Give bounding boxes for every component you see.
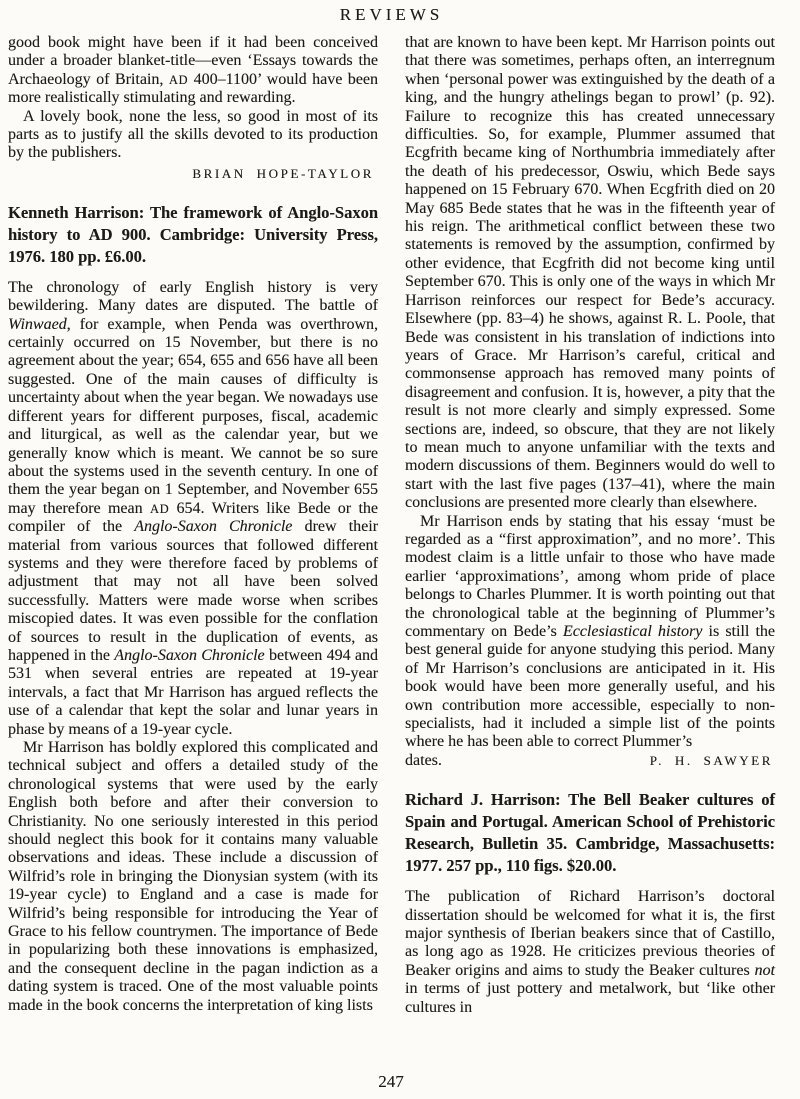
review-paragraph: The publication of Richard Harrison’s do… <box>405 888 775 1017</box>
running-head-title: REVIEWS <box>8 5 775 25</box>
page-number: 247 <box>0 1072 782 1092</box>
italic-text: not <box>755 962 775 979</box>
reviewer-byline: BRIAN HOPE-TAYLOR <box>8 165 374 183</box>
journal-page: REVIEWS good book might have been if it … <box>0 0 800 1017</box>
paragraph-end-text: dates. <box>405 752 442 770</box>
two-column-layout: good book might have been if it had been… <box>8 34 775 1017</box>
left-column: good book might have been if it had been… <box>8 34 378 1017</box>
signature-line: dates.P. H. SAWYER <box>405 752 775 770</box>
right-column: that are known to have been kept. Mr Har… <box>405 34 775 1017</box>
review-paragraph: Mr Harrison has boldly explored this com… <box>8 739 378 1015</box>
review-paragraph: A lovely book, none the less, so good in… <box>8 108 378 163</box>
review-heading: Kenneth Harrison: The framework of Anglo… <box>8 202 378 268</box>
italic-text: Winwaed <box>8 316 67 333</box>
italic-text: Anglo-Saxon Chronicle <box>134 518 292 535</box>
italic-text: Ecclesiastical history <box>563 623 702 640</box>
review-paragraph: that are known to have been kept. Mr Har… <box>405 34 775 513</box>
review-paragraph: good book might have been if it had been… <box>8 34 378 108</box>
review-paragraph: Mr Harrison ends by stating that his ess… <box>405 513 775 752</box>
reviewer-byline: P. H. SAWYER <box>650 752 775 770</box>
italic-text: Anglo-Saxon Chronicle <box>114 647 264 664</box>
smallcaps-text: AD <box>169 73 188 87</box>
review-heading: Richard J. Harrison: The Bell Beaker cul… <box>405 789 775 877</box>
review-paragraph: The chronology of early English history … <box>8 279 378 739</box>
smallcaps-text: AD <box>150 502 169 516</box>
